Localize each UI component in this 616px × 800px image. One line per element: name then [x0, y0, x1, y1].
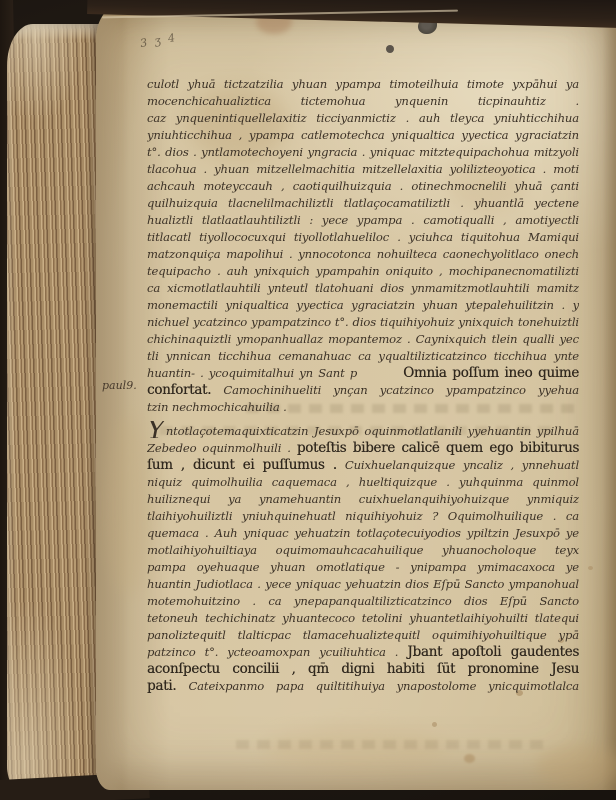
stain — [266, 726, 446, 772]
text-line: huantin Judiotlaca . yece yniquac yehuat… — [147, 574, 579, 591]
foxing-spot — [464, 754, 475, 763]
nahuatl-text-segment: quilhuizquia tlacnelilmachiliztli tlatla… — [147, 196, 579, 210]
text-line: panoliztequitl tlalticpac tlamacehualizt… — [147, 625, 579, 642]
text-line: Zebedeo oquinmolhuili . poteſtis bibere … — [147, 438, 579, 455]
text-line: culotl yhuā tictzatzilia yhuan ypampa ti… — [147, 74, 579, 91]
text-line: pati. Cateixpanmo papa quiltitihuiya yna… — [147, 676, 579, 693]
nahuatl-text-segment: motemohuitzino . ca ynepapanqualtiliztic… — [147, 594, 579, 608]
manuscript-page: 3 ʒ 4 paul9. culotl yhuā tictzatzilia yh… — [96, 6, 616, 790]
foxing-spot — [588, 566, 593, 570]
latin-quote-segment: pati. — [147, 678, 188, 693]
ink-blot — [386, 45, 394, 53]
text-line: tetoneuh techichinatz yhuantecoco tetoli… — [147, 608, 579, 625]
text-line: motemohuitzino . ca ynepapanqualtiliztic… — [147, 591, 579, 608]
text-line: quemaca . Auh yniquac yehuatzin totlaçot… — [147, 523, 579, 540]
text-line: hualiztli tlatlaatlauhtiliztli : yece yp… — [147, 210, 579, 227]
text-line: titlacatl tiyollococuxqui tiyollotlahuel… — [147, 227, 579, 244]
text-line: tlaihiyohuiliztli yniuhquinehuatl niquih… — [147, 506, 579, 523]
text-line: yniuhticchihua , ypampa catlemotechca yn… — [147, 125, 579, 142]
latin-quote-segment: poteſtis bibere calicē quem ego bibituru… — [297, 440, 579, 455]
nahuatl-text-segment: culotl yhuā tictzatzilia yhuan ypampa ti… — [147, 77, 579, 91]
page-right-edge-shade — [602, 6, 616, 790]
nahuatl-text-segment: matzonquiça mapolihui . ynnocotonca nohu… — [147, 247, 579, 261]
text-line: huantin- . ycoquimitalhui yn Sant pOmnia… — [147, 363, 579, 380]
nahuatl-text-segment: tlacohua . yhuan mitzellelmachitia mitze… — [147, 162, 579, 176]
nahuatl-text-segment: nichuel ycatzinco ypampatzinco t°. dios … — [147, 315, 579, 329]
text-line: tzin nechmochicahuilia . — [147, 397, 579, 414]
text-line: matzonquiça mapolihui . ynnocotonca nohu… — [147, 244, 579, 261]
text-line: tequipacho . auh ynixquich ypampahin oni… — [147, 261, 579, 278]
nahuatl-text-segment: yniuhticchihua , ypampa catlemotechca yn… — [147, 128, 579, 142]
text-line: nichuel ycatzinco ypampatzinco t°. dios … — [147, 312, 579, 329]
nahuatl-text-segment: chichinaquiztli ymopanhuallaz mopantemoz… — [147, 332, 579, 346]
initial-capital: Y — [147, 421, 165, 438]
text-line: ſum , dicunt ei puſſumus . Cuixhuelanqui… — [147, 455, 579, 472]
nahuatl-text-segment: niquiz quimolhuilia caquemaca , hueltiqu… — [147, 475, 579, 489]
nahuatl-text-segment: huantin- . ycoquimitalhui yn Sant p — [147, 366, 357, 380]
nahuatl-text-segment: Zebedeo oquinmolhuili . — [147, 441, 297, 455]
nahuatl-text-segment: hualiztli tlatlaatlauhtiliztli : yece yp… — [147, 213, 579, 227]
text-line: pampa oyehuaque yhuan omotlatique - ynip… — [147, 557, 579, 574]
latin-quote-segment: confortat. — [147, 382, 211, 397]
nahuatl-text-segment: huantin Judiotlaca . yece yniquac yehuat… — [147, 577, 579, 591]
nahuatl-text-segment: motlaihiyohuiltiaya oquimomauhcacahuiliq… — [147, 543, 579, 557]
nahuatl-text-segment: ntotlaçotemaquixticatzin Jesuxpō oquinmo… — [166, 424, 579, 438]
nahuatl-text-segment: tetoneuh techichinatz yhuantecoco tetoli… — [147, 611, 579, 625]
text-block: culotl yhuā tictzatzilia yhuan ypampa ti… — [147, 74, 579, 693]
latin-quote-segment: Omnia poſſum ineo quime — [403, 365, 579, 380]
line-gap — [357, 376, 403, 377]
nahuatl-text-segment: titlacatl tiyollococuxqui tiyollotlahuel… — [147, 230, 579, 244]
nahuatl-text-segment: mocenchicahualiztica tictemohua ynquenin… — [147, 94, 579, 108]
text-line: motlaihiyohuiltiaya oquimomauhcacahuiliq… — [147, 540, 579, 557]
nahuatl-text-segment: patzinco t°. ycteoamoxpan ycuiliuhtica . — [147, 645, 407, 659]
nahuatl-text-segment: caz ynquenintiquellelaxitiz ticciyanmict… — [147, 111, 579, 125]
nahuatl-text-segment: quemaca . Auh yniquac yehuatzin totlaçot… — [147, 526, 579, 540]
margin-note: paul9. — [102, 379, 137, 392]
text-line: t°. dios . yntlamotechoyeni yngracia . y… — [147, 142, 579, 159]
nahuatl-text-segment: Cateixpanmo papa quiltitihuiya ynapostol… — [188, 679, 579, 693]
text-line: tlacohua . yhuan mitzellelmachitia mitze… — [147, 159, 579, 176]
text-line: achcauh moteyccauh , caotiquilhuizquia .… — [147, 176, 579, 193]
nahuatl-text-segment: tzin nechmochicahuilia . — [147, 400, 287, 414]
nahuatl-text-segment: tlaihiyohuiliztli yniuhquinehuatl niquih… — [147, 509, 579, 523]
text-line: confortat. Camochinihueliti ynçan ycatzi… — [147, 380, 579, 397]
nahuatl-text-segment: monemactili yniqualtica yyectica ygracia… — [147, 298, 579, 312]
nahuatl-text-segment: Cuixhuelanquizque yncaliz , ynnehuatl — [345, 458, 579, 472]
text-line: Yntotlaçotemaquixticatzin Jesuxpō oquinm… — [147, 421, 579, 438]
nahuatl-text-segment: pampa oyehuaque yhuan omotlatique - ynip… — [147, 560, 579, 574]
book-photo: 3 ʒ 4 paul9. culotl yhuā tictzatzilia yh… — [0, 0, 616, 800]
text-line: quilhuizquia tlacnelilmachiliztli tlatla… — [147, 193, 579, 210]
text-line: tli ynnican ticchihua cemanahuac ca yqua… — [147, 346, 579, 363]
text-line: ca xicmotlatlauhtili ynteutl tlatohuani … — [147, 278, 579, 295]
nahuatl-text-segment: achcauh moteyccauh , caotiquilhuizquia .… — [147, 179, 579, 193]
nahuatl-text-segment: ca xicmotlatlauhtili ynteutl tlatohuani … — [147, 281, 579, 295]
text-line: caz ynquenintiquellelaxitiz ticciyanmict… — [147, 108, 579, 125]
stain — [536, 746, 616, 786]
text-line: mocenchicahualiztica tictemohua ynquenin… — [147, 91, 579, 108]
latin-quote-segment: ſum , dicunt ei puſſumus . — [147, 457, 345, 472]
text-line: aconſpectu concilii , qm̄ digni habiti ſ… — [147, 659, 579, 676]
nahuatl-text-segment: t°. dios . yntlamotechoyeni yngracia . y… — [147, 145, 579, 159]
stain — [106, 416, 150, 596]
text-line: chichinaquiztli ymopanhuallaz mopantemoz… — [147, 329, 579, 346]
text-line: niquiz quimolhuilia caquemaca , hueltiqu… — [147, 472, 579, 489]
text-line: monemactili yniqualtica yyectica ygracia… — [147, 295, 579, 312]
nahuatl-text-segment: tli ynnican ticchihua cemanahuac ca yqua… — [147, 349, 579, 363]
text-line: patzinco t°. ycteoamoxpan ycuiliuhtica .… — [147, 642, 579, 659]
latin-quote-segment: aconſpectu concilii , qm̄ digni habiti ſ… — [147, 661, 579, 676]
nahuatl-text-segment: huiliznequi ya ynamehuantin cuixhuelanqu… — [147, 492, 579, 506]
nahuatl-text-segment: tequipacho . auh ynixquich ypampahin oni… — [147, 264, 579, 278]
foxing-spot — [432, 722, 437, 727]
nahuatl-text-segment: Camochinihueliti ynçan ycatzinco ypampat… — [211, 383, 579, 397]
bleed-through — [236, 740, 546, 749]
nahuatl-text-segment: panoliztequitl tlalticpac tlamacehualizt… — [147, 628, 579, 642]
latin-quote-segment: Jbant apoſtoli gaudentes — [407, 644, 579, 659]
page-edges — [7, 24, 103, 796]
text-line: huiliznequi ya ynamehuantin cuixhuelanqu… — [147, 489, 579, 506]
